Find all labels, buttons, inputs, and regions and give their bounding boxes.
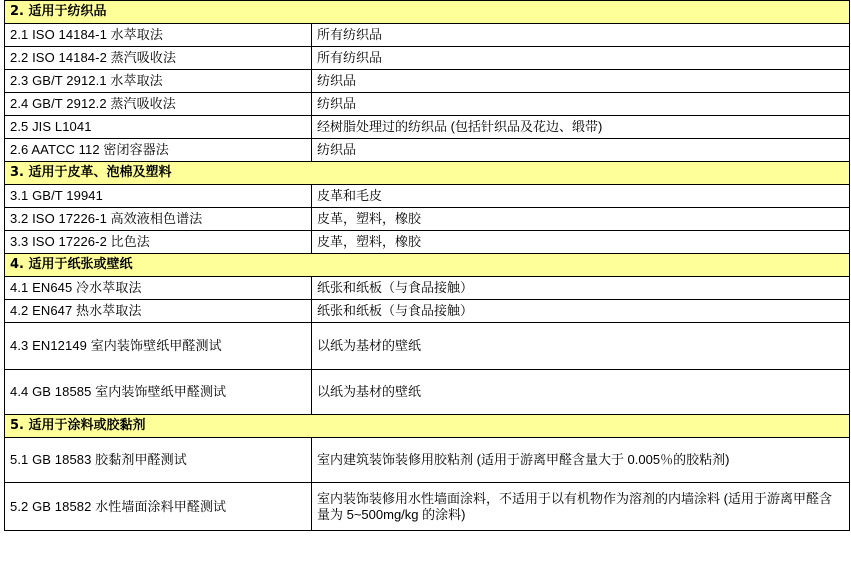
section-header-textiles: 2. 适用于纺织品 [5, 1, 850, 24]
method-cell: 2.1 ISO 14184-1 水萃取法 [5, 24, 312, 47]
table-row: 2.5 JIS L1041 经树脂处理过的纺织品 (包括针织品及花边、缎带) [5, 116, 850, 139]
table-row: 4.1 EN645 冷水萃取法 纸张和纸板（与食品接触） [5, 277, 850, 300]
scope-cell: 经树脂处理过的纺织品 (包括针织品及花边、缎带) [312, 116, 850, 139]
section-title: 5. 适用于涂料或胶黏剂 [5, 415, 850, 438]
table-row: 4.4 GB 18585 室内装饰壁纸甲醛测试 以纸为基材的壁纸 [5, 370, 850, 415]
table-row: 2.6 AATCC 112 密闭容器法 纺织品 [5, 139, 850, 162]
scope-cell: 所有纺织品 [312, 24, 850, 47]
method-cell: 2.3 GB/T 2912.1 水萃取法 [5, 70, 312, 93]
table-row: 2.2 ISO 14184-2 蒸汽吸收法 所有纺织品 [5, 47, 850, 70]
scope-cell: 纺织品 [312, 93, 850, 116]
section-header-coatings-adhesives: 5. 适用于涂料或胶黏剂 [5, 415, 850, 438]
method-cell: 4.2 EN647 热水萃取法 [5, 300, 312, 323]
section-title: 3. 适用于皮革、泡棉及塑料 [5, 162, 850, 185]
method-cell: 4.1 EN645 冷水萃取法 [5, 277, 312, 300]
formaldehyde-test-standards-table: 2. 适用于纺织品 2.1 ISO 14184-1 水萃取法 所有纺织品 2.2… [4, 0, 850, 531]
method-cell: 5.1 GB 18583 胶黏剂甲醛测试 [5, 438, 312, 483]
method-cell: 3.2 ISO 17226-1 高效液相色谱法 [5, 208, 312, 231]
method-cell: 5.2 GB 18582 水性墙面涂料甲醛测试 [5, 483, 312, 531]
method-cell: 2.2 ISO 14184-2 蒸汽吸收法 [5, 47, 312, 70]
scope-cell: 室内装饰装修用水性墙面涂料，不适用于以有机物作为溶剂的内墙涂料 (适用于游离甲醛… [312, 483, 850, 531]
method-cell: 3.1 GB/T 19941 [5, 185, 312, 208]
scope-cell: 皮革和毛皮 [312, 185, 850, 208]
scope-cell: 皮革，塑料，橡胶 [312, 208, 850, 231]
method-cell: 2.5 JIS L1041 [5, 116, 312, 139]
table-row: 4.3 EN12149 室内装饰壁纸甲醛测试 以纸为基材的壁纸 [5, 323, 850, 370]
section-header-leather-foam-plastics: 3. 适用于皮革、泡棉及塑料 [5, 162, 850, 185]
scope-cell: 皮革，塑料，橡胶 [312, 231, 850, 254]
scope-cell: 纸张和纸板（与食品接触） [312, 300, 850, 323]
table-row: 4.2 EN647 热水萃取法 纸张和纸板（与食品接触） [5, 300, 850, 323]
method-cell: 2.4 GB/T 2912.2 蒸汽吸收法 [5, 93, 312, 116]
table-row: 2.3 GB/T 2912.1 水萃取法 纺织品 [5, 70, 850, 93]
table-row: 2.1 ISO 14184-1 水萃取法 所有纺织品 [5, 24, 850, 47]
table-row: 3.2 ISO 17226-1 高效液相色谱法 皮革，塑料，橡胶 [5, 208, 850, 231]
method-cell: 4.4 GB 18585 室内装饰壁纸甲醛测试 [5, 370, 312, 415]
method-cell: 4.3 EN12149 室内装饰壁纸甲醛测试 [5, 323, 312, 370]
section-header-paper-wallpaper: 4. 适用于纸张或壁纸 [5, 254, 850, 277]
scope-cell: 室内建筑装饰装修用胶粘剂 (适用于游离甲醛含量大于 0.005％的胶粘剂) [312, 438, 850, 483]
scope-cell: 纸张和纸板（与食品接触） [312, 277, 850, 300]
scope-cell: 以纸为基材的壁纸 [312, 370, 850, 415]
scope-cell: 所有纺织品 [312, 47, 850, 70]
scope-cell: 以纸为基材的壁纸 [312, 323, 850, 370]
method-cell: 2.6 AATCC 112 密闭容器法 [5, 139, 312, 162]
section-title: 4. 适用于纸张或壁纸 [5, 254, 850, 277]
section-title: 2. 适用于纺织品 [5, 1, 850, 24]
table-row: 2.4 GB/T 2912.2 蒸汽吸收法 纺织品 [5, 93, 850, 116]
table-row: 5.2 GB 18582 水性墙面涂料甲醛测试 室内装饰装修用水性墙面涂料，不适… [5, 483, 850, 531]
scope-cell: 纺织品 [312, 139, 850, 162]
scope-cell: 纺织品 [312, 70, 850, 93]
table-row: 3.1 GB/T 19941 皮革和毛皮 [5, 185, 850, 208]
table-row: 5.1 GB 18583 胶黏剂甲醛测试 室内建筑装饰装修用胶粘剂 (适用于游离… [5, 438, 850, 483]
table-row: 3.3 ISO 17226-2 比色法 皮革，塑料，橡胶 [5, 231, 850, 254]
method-cell: 3.3 ISO 17226-2 比色法 [5, 231, 312, 254]
